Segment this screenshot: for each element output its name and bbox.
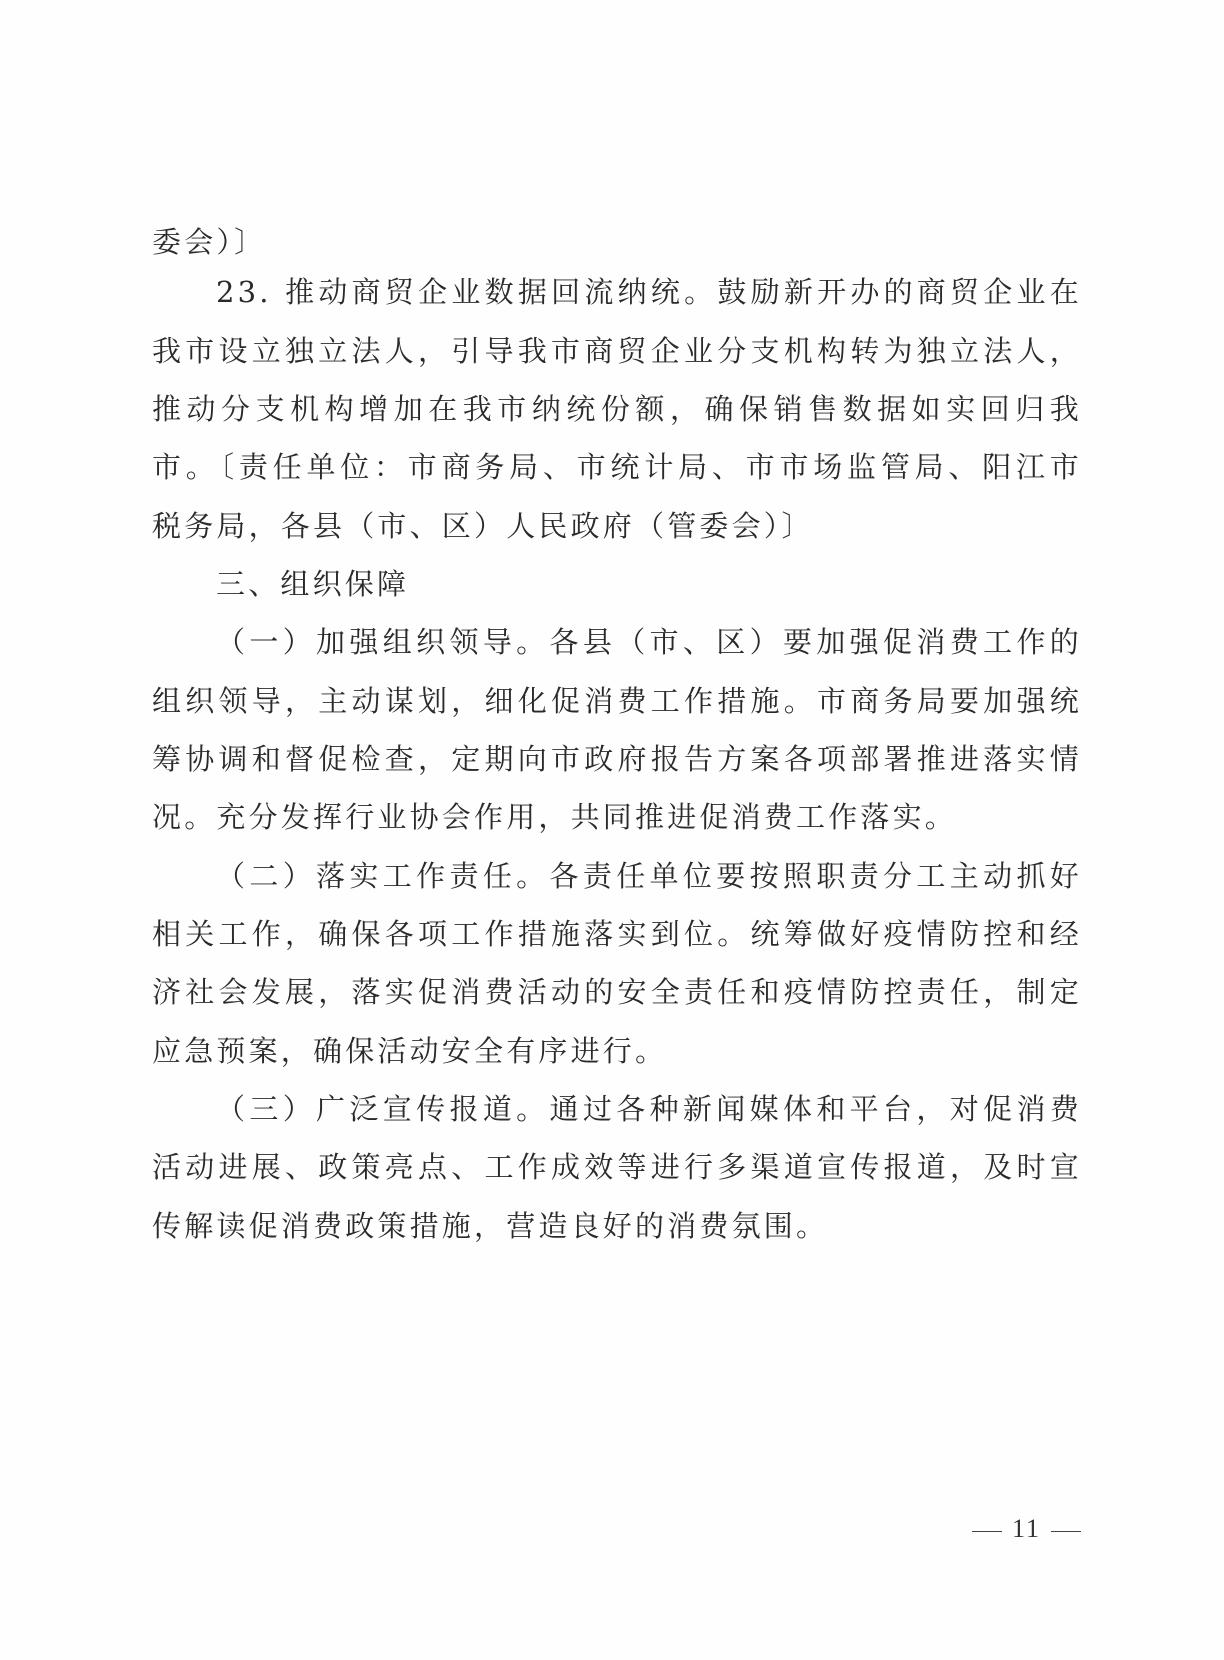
subsection-1-line-3: 筹协调和督促检查，定期向市政府报告方案各项部署推进落实情 [152,739,1082,779]
subsection-3-line-3: 传解读促消费政策措施，营造良好的消费氛围。 [152,1206,1082,1246]
item-23-line-1: 23. 推动商贸企业数据回流纳统。鼓励新开办的商贸企业在 [216,272,1082,312]
subsection-2-line-3: 济社会发展，落实促消费活动的安全责任和疫情防控责任，制定 [152,972,1082,1012]
item-23-line-2: 我市设立独立法人，引导我市商贸企业分支机构转为独立法人， [152,331,1082,371]
dash-right [1051,1531,1081,1532]
text-line-continuation: 委会）〕 [152,222,1082,262]
page-number-value: 11 [1012,1514,1041,1543]
section-heading-organization: 三、组织保障 [216,564,1082,604]
document-page: 委会）〕 23. 推动商贸企业数据回流纳统。鼓励新开办的商贸企业在 我市设立独立… [0,0,1224,1660]
subsection-1-line-2: 组织领导，主动谋划，细化促消费工作措施。市商务局要加强统 [152,681,1082,721]
subsection-3-line-1: （三）广泛宣传报道。通过各种新闻媒体和平台，对促消费 [216,1089,1082,1129]
subsection-1-line-4: 况。充分发挥行业协会作用，共同推进促消费工作落实。 [152,797,1082,837]
subsection-3-line-2: 活动进展、政策亮点、工作成效等进行多渠道宣传报道，及时宣 [152,1147,1082,1187]
page-number: 11 [962,1514,1091,1544]
subsection-2-line-2: 相关工作，确保各项工作措施落实到位。统筹做好疫情防控和经 [152,914,1082,954]
dash-left [972,1531,1002,1532]
item-23-line-5: 税务局，各县（市、区）人民政府（管委会）〕 [152,506,1082,546]
subsection-1-line-1: （一）加强组织领导。各县（市、区）要加强促消费工作的 [216,622,1082,662]
item-23-line-3: 推动分支机构增加在我市纳统份额，确保销售数据如实回归我 [152,389,1082,429]
subsection-2-line-1: （二）落实工作责任。各责任单位要按照职责分工主动抓好 [216,856,1082,896]
item-23-line-4: 市。〔责任单位：市商务局、市统计局、市市场监管局、阳江市 [152,447,1082,487]
subsection-2-line-4: 应急预案，确保活动安全有序进行。 [152,1031,1082,1071]
